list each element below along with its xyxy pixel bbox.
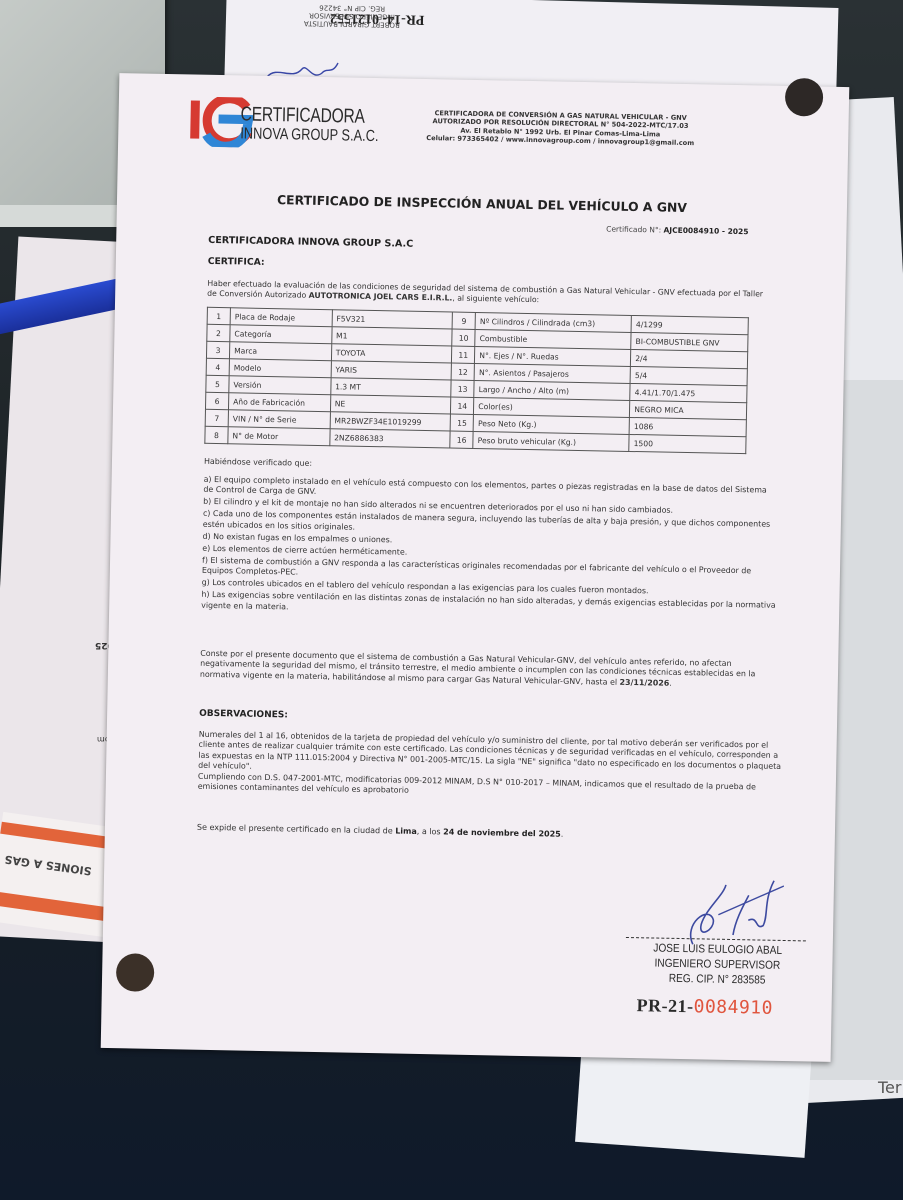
- row-number: 11: [452, 346, 475, 363]
- field-label: Peso bruto vehicular (Kg.): [473, 431, 629, 451]
- workshop-name: AUTOTRONICA JOEL CARS E.I.R.L.: [309, 290, 453, 302]
- observations: Numerales del 1 al 16, obtenidos de la t…: [198, 730, 784, 804]
- field-label: Año de Fabricación: [228, 393, 330, 412]
- verified-items: a) El equipo completo instalado en el ve…: [201, 475, 779, 624]
- row-number: 13: [451, 380, 474, 397]
- field-label: Marca: [229, 342, 331, 361]
- certificate-title: CERTIFICADO DE INSPECCIÓN ANUAL DEL VEHÍ…: [117, 189, 847, 218]
- punch-hole: [785, 78, 824, 117]
- company-name: CERTIFICADORA INNOVA GROUP S.A.C: [208, 235, 413, 250]
- row-number: 14: [451, 397, 474, 414]
- row-number: 8: [205, 426, 228, 443]
- row-number: 5: [206, 375, 229, 392]
- row-number: 1: [207, 307, 230, 324]
- field-label: Modelo: [229, 359, 331, 378]
- signer-block: JOSE LUIS EULOGIO ABAL INGENIERO SUPERVI…: [629, 941, 806, 989]
- row-number: 12: [451, 363, 474, 380]
- valid-until-date: 23/11/2026: [619, 678, 669, 688]
- field-label: Placa de Rodaje: [230, 308, 332, 327]
- gnv-certificate: CERTIFICADORA INNOVA GROUP S.A.C. CERTIF…: [101, 73, 850, 1062]
- certificate-number-label: Certificado N°:: [606, 224, 661, 234]
- row-number: 3: [206, 341, 229, 358]
- certificate-number-value: AJCE0084910 - 2025: [663, 226, 748, 237]
- row-number: 16: [450, 431, 473, 448]
- brochure-text: SIONES A GAS: [4, 853, 93, 878]
- field-label: N° de Motor: [228, 427, 330, 446]
- issue-prefix: Se expide el presente certificado en la …: [197, 823, 395, 836]
- verified-label: Habiéndose verificado que:: [204, 457, 312, 468]
- issue-city: Lima: [395, 827, 417, 836]
- issue-mid: , a los: [417, 827, 444, 837]
- row-number: 15: [450, 414, 473, 431]
- pr-number: PR-21-0084910: [636, 995, 773, 1019]
- field-value: 1500: [629, 434, 746, 453]
- field-value: 2NZ6886383: [329, 429, 450, 448]
- field-label: Categoría: [230, 325, 332, 344]
- punch-hole: [116, 953, 155, 992]
- intro-paragraph: Haber efectuado la evaluación de las con…: [207, 279, 767, 309]
- conste-text: Conste por el presente documento que el …: [200, 649, 756, 687]
- row-number: 10: [452, 329, 475, 346]
- row-number: 9: [452, 312, 475, 329]
- row-number: 6: [205, 392, 228, 409]
- intro-suffix: , al siguiente vehículo:: [452, 293, 539, 304]
- pr-prefix: PR-21-: [636, 995, 693, 1016]
- issue-statement: Se expide el presente certificado en la …: [197, 823, 564, 839]
- pr-serial: 0084910: [693, 996, 773, 1019]
- row-number: 2: [207, 324, 230, 341]
- issue-date: 24 de noviembre del 2025: [443, 827, 561, 838]
- header-info: CERTIFICADORA DE CONVERSIÓN A GAS NATURA…: [410, 109, 711, 148]
- back-document-stamp: ROBERT GIRARDI BAUTISTA INGENIERO SUPERV…: [262, 2, 442, 29]
- corner-text: Ter: [878, 1078, 901, 1097]
- certificate-number: Certificado N°: AJCE0084910 - 2025: [606, 224, 749, 236]
- observations-heading: OBSERVACIONES:: [199, 709, 288, 721]
- logo-line2: INNOVA GROUP S.A.C.: [240, 125, 379, 146]
- certifica-heading: CERTIFICA:: [208, 256, 265, 268]
- vehicle-table: 1Placa de RodajeF5V3219Nº Cilindros / Ci…: [204, 307, 749, 454]
- conste-paragraph: Conste por el presente documento que el …: [200, 649, 780, 691]
- field-label: VIN / N° de Serie: [228, 410, 330, 429]
- row-number: 7: [205, 409, 228, 426]
- field-label: Versión: [229, 376, 331, 395]
- row-number: 4: [206, 358, 229, 375]
